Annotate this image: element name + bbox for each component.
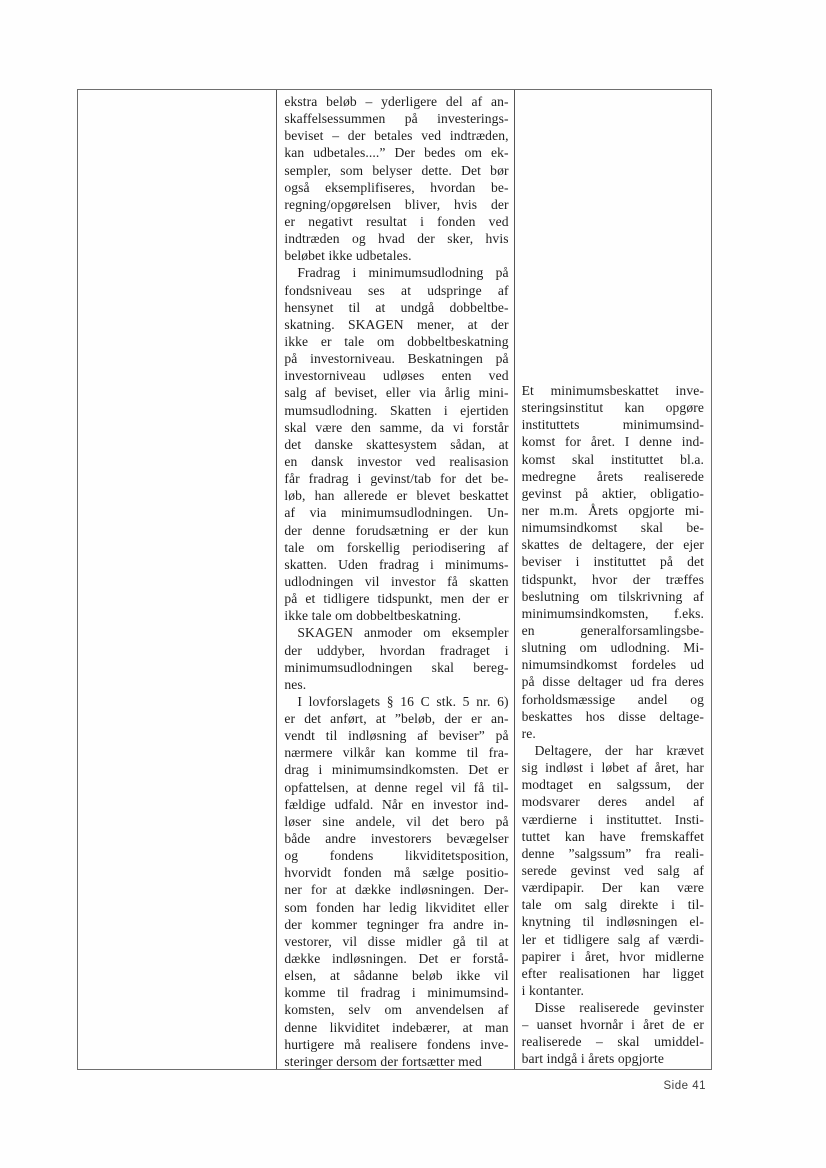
text-line: får fradrag i gevinst/tab for det be- [284, 470, 508, 487]
text-line: komst for året. I denne ind- [522, 433, 704, 450]
text-line: løb, han allerede er blevet beskattet [284, 487, 508, 504]
text-line: nærmere vilkår kan komme til fra- [284, 744, 508, 761]
text-line: det danske skattesystem sådan, at [284, 436, 508, 453]
text-line: indtræden og hvad der sker, hvis [284, 230, 508, 247]
text-line: steringsinstitut kan opgøre [522, 399, 704, 416]
paragraph: ekstra beløb – yderligere del af an-skaf… [284, 93, 508, 264]
text-line: denne ”salgssum” fra reali- [522, 845, 704, 862]
text-line: en generalforsamlingsbe- [522, 622, 704, 639]
text-line: beviser i instituttet på det [522, 553, 704, 570]
text-line: beslutning om tilskrivning af [522, 588, 704, 605]
text-line: tale om forskellig periodisering af [284, 539, 508, 556]
text-line: vestorer, vil disse midler gå til at [284, 933, 508, 950]
text-line: ikke er tale om dobbeltbeskatning [284, 333, 508, 350]
text-line: ner for at dække indløsningen. Der- [284, 881, 508, 898]
text-line: hensynet til at undgå dobbeltbe- [284, 299, 508, 316]
text-line: papirer i året, hvor midlerne [522, 948, 704, 965]
table-column-middle-text: ekstra beløb – yderligere del af an-skaf… [277, 90, 514, 1069]
text-line: fondsniveau ses at udspringe af [284, 282, 508, 299]
text-line: opfattelsen, at denne regel vil få til- [284, 779, 508, 796]
scanned-document-page: ekstra beløb – yderligere del af an-skaf… [0, 0, 826, 1168]
text-line: som fonden har ledig likviditet eller [284, 899, 508, 916]
text-line: i kontanter. [522, 982, 704, 999]
text-line: regning/opgørelsen bliver, hvis der [284, 196, 508, 213]
text-line: steringer dersom der fortsætter med [284, 1053, 508, 1069]
text-line: komme til fradrag i minimumsind- [284, 984, 508, 1001]
text-line: nes. [284, 676, 508, 693]
text-line: skatten. Uden fradrag i minimums- [284, 556, 508, 573]
text-line: på disse deltager ud fra deres [522, 673, 704, 690]
text-line: gevinst på aktier, obligatio- [522, 485, 704, 502]
text-line: knytning til indløsningen el- [522, 913, 704, 930]
text-line: medregne årets realiserede [522, 468, 704, 485]
text-line: er det anført, at ”beløb, der er an- [284, 710, 508, 727]
text-line: fældige udfald. Når en investor ind- [284, 796, 508, 813]
text-line: slutning om udlodning. Mi- [522, 639, 704, 656]
text-line: nimumsindkomst fordeles ud [522, 656, 704, 673]
text-line: instituttets minimumsind- [522, 416, 704, 433]
text-line: I lovforslagets § 16 C stk. 5 nr. 6) [284, 693, 508, 710]
text-line: denne likviditet indebærer, at man [284, 1019, 508, 1036]
text-line: hvorvidt fonden må sælge positio- [284, 864, 508, 881]
text-line: skattes de deltagere, der ejer [522, 536, 704, 553]
page-number-label: Side 41 [663, 1080, 706, 1092]
paragraph: Deltagere, der har krævetsig indløst i l… [522, 742, 704, 999]
text-line: på et tidligere tidspunkt, men der er [284, 590, 508, 607]
text-line: tale om salg direkte i til- [522, 896, 704, 913]
text-line: dække indløsningen. Det er forstå- [284, 950, 508, 967]
paragraph: Fradrag i minimumsudlodning påfondsnivea… [284, 264, 508, 624]
text-line: komsten, selv om anvendelsen af [284, 1001, 508, 1018]
text-line: komst skal instituttet bl.a. [522, 451, 704, 468]
text-line: mumsudlodning. Skatten i ejertiden [284, 402, 508, 419]
table-column-right-text: Et minimumsbeskattet inve-steringsinstit… [515, 90, 711, 1069]
document-table: ekstra beløb – yderligere del af an-skaf… [77, 89, 712, 1070]
text-line: modtaget en salgssum, der [522, 776, 704, 793]
text-line: skal være den samme, da vi forstår [284, 419, 508, 436]
text-line: og fondens likviditetsposition, [284, 847, 508, 864]
text-line: realiserede – skal umiddel- [522, 1033, 704, 1050]
text-line: tuttet kan have fremskaffet [522, 828, 704, 845]
text-line: SKAGEN anmoder om eksempler [284, 624, 508, 641]
text-line: Deltagere, der har krævet [522, 742, 704, 759]
text-line: bart indgå i årets opgjorte [522, 1050, 704, 1067]
text-line: beskattes hos disse deltage- [522, 708, 704, 725]
text-line: Et minimumsbeskattet inve- [522, 382, 704, 399]
text-line: ner m.m. Årets opgjorte mi- [522, 502, 704, 519]
text-line: er negativt resultat i fonden ved [284, 213, 508, 230]
text-line: der kommer tegninger fra andre in- [284, 916, 508, 933]
text-line: der uddyber, hvordan fradraget i [284, 642, 508, 659]
text-line: investorniveau udløses enten ved [284, 367, 508, 384]
table-column-left-empty [78, 90, 277, 1069]
text-line: tidspunkt, hvor der træffes [522, 571, 704, 588]
text-line: skatning. SKAGEN mener, at der [284, 316, 508, 333]
text-line: drag i minimumsindkomsten. Det er [284, 761, 508, 778]
text-line: elsen, at sådanne beløb ikke vil [284, 967, 508, 984]
text-line: forholdsmæssige andel og [522, 691, 704, 708]
text-line: ler et tidligere salg af værdi- [522, 931, 704, 948]
text-line: ikke tale om dobbeltbeskatning. [284, 607, 508, 624]
paragraph: Et minimumsbeskattet inve-steringsinstit… [522, 382, 704, 742]
text-line: minimumsudlodningen skal bereg- [284, 659, 508, 676]
text-line: efter realisationen har ligget [522, 965, 704, 982]
text-line: løser sine andele, vil det bero på [284, 813, 508, 830]
text-line: hurtigere må realisere fondens inve- [284, 1036, 508, 1053]
text-line: minimumsindkomsten, f.eks. [522, 605, 704, 622]
text-line: – uanset hvornår i året de er [522, 1016, 704, 1033]
text-line: beløbet ikke udbetales. [284, 247, 508, 264]
text-line: re. [522, 725, 704, 742]
text-line: serede gevinst ved salg af [522, 862, 704, 879]
text-line: salg af beviset, eller via årlig mini- [284, 384, 508, 401]
text-line: vendt til indløsning af beviser” på [284, 727, 508, 744]
text-line: af via minimumsudlodningen. Un- [284, 504, 508, 521]
text-line: Disse realiserede gevinster [522, 999, 704, 1016]
text-line: skaffelsessummen på investerings- [284, 110, 508, 127]
text-line: både andre investorers bevægelser [284, 830, 508, 847]
text-line: modsvarer deres andel af [522, 793, 704, 810]
text-line: sig indløst i løbet af året, har [522, 759, 704, 776]
paragraph: SKAGEN anmoder om eksemplerder uddyber, … [284, 624, 508, 693]
text-line: der denne forudsætning er der kun [284, 522, 508, 539]
text-line: værdipapir. Der kan være [522, 879, 704, 896]
text-line: beviset – der betales ved indtræden, [284, 127, 508, 144]
text-line: Fradrag i minimumsudlodning på [284, 264, 508, 281]
text-line: også eksemplifiseres, hvordan be- [284, 179, 508, 196]
text-line: udlodningen vil investor få skatten [284, 573, 508, 590]
text-line: nimumsindkomst skal be- [522, 519, 704, 536]
paragraph: I lovforslagets § 16 C stk. 5 nr. 6)er d… [284, 693, 508, 1069]
text-line: på investorniveau. Beskatningen på [284, 350, 508, 367]
text-line: en dansk investor ved realisasion [284, 453, 508, 470]
text-line: kan udbetales....” Der bedes om ek- [284, 144, 508, 161]
paragraph: Disse realiserede gevinster– uanset hvor… [522, 999, 704, 1068]
text-line: sempler, som belyser dette. Det bør [284, 162, 508, 179]
text-line: ekstra beløb – yderligere del af an- [284, 93, 508, 110]
text-line: værdierne i instituttet. Insti- [522, 811, 704, 828]
